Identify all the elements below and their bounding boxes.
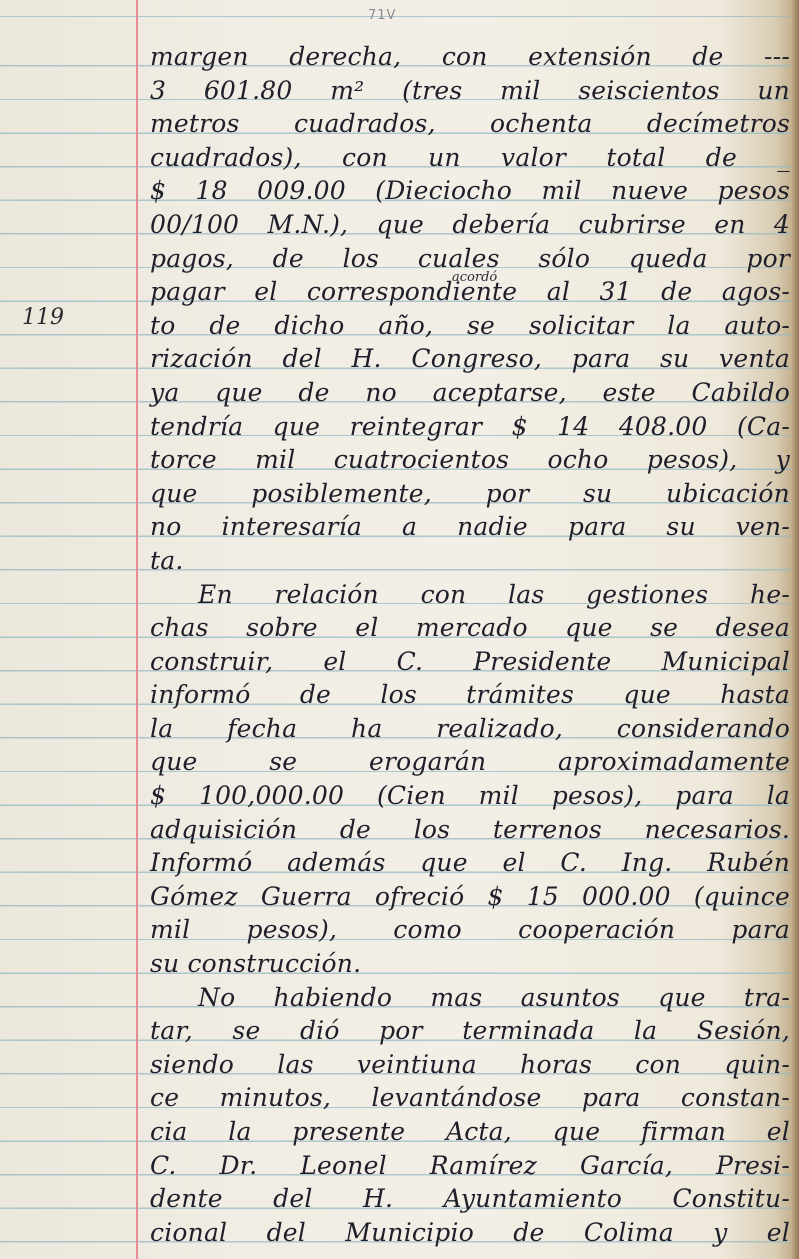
margin-note: 119 (22, 305, 64, 330)
text-line: $ 100,000.00 (Cien mil pesos), para la (150, 779, 790, 813)
handwritten-text: margen derecha, con extensión de --- 3 6… (150, 40, 790, 1249)
text-line: que se erogarán aproximadamente (150, 745, 790, 779)
text-line: mil pesos), como cooperación para (150, 913, 790, 947)
text-line: 3 601.80 m² (tres mil seiscientos un (150, 74, 790, 108)
text-line: margen derecha, con extensión de --- (150, 40, 790, 74)
text-line: adquisición de los terrenos necesarios. (150, 813, 790, 847)
text-line: informó de los trámites que hasta (150, 678, 790, 712)
text-line: ta. (150, 544, 790, 578)
folio-number: 71V (368, 8, 396, 23)
text-line: tendría que reintegrar $ 14 408.00 (Ca- (150, 410, 790, 444)
text-line: su construcción. (150, 947, 790, 981)
text-line: pagos, de los cuales sólo queda por (150, 242, 790, 276)
text-line: torce mil cuatrocientos ocho pesos), y (150, 443, 790, 477)
text-line: cuadrados), con un valor total de _ (150, 141, 790, 175)
text-line: Gómez Guerra ofreció $ 15 000.00 (quince (150, 880, 790, 914)
text-line: siendo las veintiuna horas con quin- (150, 1048, 790, 1082)
ledger-page: 71V 119 acordó margen derecha, con exten… (0, 0, 799, 1259)
text-line: $ 18 009.00 (Dieciocho mil nueve pesos (150, 174, 790, 208)
page-edge (791, 0, 799, 1259)
text-line: rización del H. Congreso, para su venta (150, 342, 790, 376)
red-margin-line (136, 0, 138, 1259)
text-line: chas sobre el mercado que se desea (150, 611, 790, 645)
text-line: ce minutos, levantándose para constan- (150, 1081, 790, 1115)
text-line: to de dicho año, se solicitar la auto- (150, 309, 790, 343)
text-line: tar, se dió por terminada la Sesión, (150, 1014, 790, 1048)
text-line: construir, el C. Presidente Municipal (150, 645, 790, 679)
text-line: cional del Municipio de Colima y el (150, 1216, 790, 1250)
paragraph-start-line: En relación con las gestiones he- (150, 578, 790, 612)
text-line: ya que de no aceptarse, este Cabildo (150, 376, 790, 410)
text-line: la fecha ha realizado, considerando (150, 712, 790, 746)
text-line: no interesaría a nadie para su ven- (150, 510, 790, 544)
text-line: metros cuadrados, ochenta decímetros (150, 107, 790, 141)
text-line: C. Dr. Leonel Ramírez García, Presi- (150, 1149, 790, 1183)
text-line: dente del H. Ayuntamiento Constitu- (150, 1182, 790, 1216)
paragraph-start-line: No habiendo mas asuntos que tra- (150, 981, 790, 1015)
text-line: cia la presente Acta, que firman el (150, 1115, 790, 1149)
text-line: Informó además que el C. Ing. Rubén (150, 846, 790, 880)
text-line: que posiblemente, por su ubicación (150, 477, 790, 511)
text-line: pagar el correspondiente al 31 de agos- (150, 275, 790, 309)
text-line: 00/100 M.N.), que debería cubrirse en 4 (150, 208, 790, 242)
